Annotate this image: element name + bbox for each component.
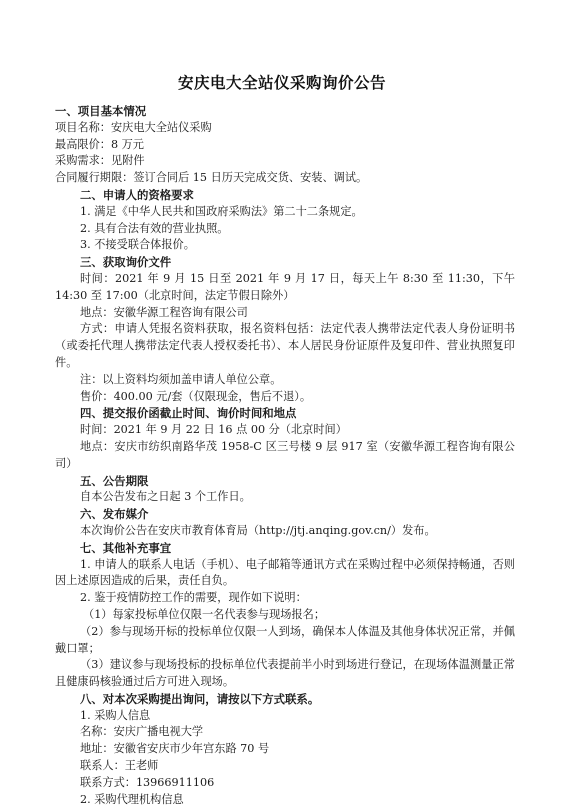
section-5: 五、公告期限 自本公告发布之日起 3 个工作日。: [55, 473, 515, 507]
section-8: 八、对本次采购提出询问，请按以下方式联系。 1. 采购人信息 名称：安庆广播电视…: [55, 691, 515, 809]
section-heading: 八、对本次采购提出询问，请按以下方式联系。: [55, 691, 515, 708]
list-item: （3）建议参与现场投标的投标单位代表提前半小时到场进行登记，在现场体温测量正常且…: [55, 657, 515, 691]
section-heading: 五、公告期限: [55, 473, 515, 490]
project-name: 项目名称：安庆电大全站仪采购: [55, 120, 515, 137]
purchaser-name: 名称：安庆广播电视大学: [55, 724, 515, 741]
list-item: （2）参与现场开标的投标单位仅限一人到场，确保本人体温及其他身体状况正常，并佩戴…: [55, 624, 515, 658]
contact-phone: 联系方式：13966911106: [55, 775, 515, 792]
list-item: 1. 满足《中华人民共和国政府采购法》第二十二条规定。: [55, 204, 515, 221]
section-3: 三、获取询价文件 时间：2021 年 9 月 15 日至 2021 年 9 月 …: [55, 254, 515, 405]
section-heading: 七、其他补充事宜: [55, 540, 515, 557]
contact-person: 联系人：王老师: [55, 758, 515, 775]
acquisition-method: 方式：申请人凭报名资料获取，报名资料包括：法定代表人携带法定代表人身份证明书（或…: [55, 321, 515, 371]
list-item: 1. 申请人的联系人电话（手机）、电子邮箱等通讯方式在采购过程中必须保持畅通，否…: [55, 557, 515, 591]
notice-period: 自本公告发布之日起 3 个工作日。: [55, 489, 515, 506]
section-1: 一、项目基本情况 项目名称：安庆电大全站仪采购 最高限价：8 万元 采购需求：见…: [55, 103, 515, 187]
document-page: 安庆电大全站仪采购询价公告 一、项目基本情况 项目名称：安庆电大全站仪采购 最高…: [0, 0, 564, 812]
agency-info-heading: 2. 采购代理机构信息: [55, 792, 515, 809]
deadline-location: 地点：安庆市纺织南路华茂 1958-C 区三号楼 9 层 917 室（安徽华源工…: [55, 439, 515, 473]
deadline-time: 时间：2021 年 9 月 22 日 16 点 00 分（北京时间）: [55, 422, 515, 439]
section-heading: 四、提交报价函截止时间、询价时间和地点: [55, 405, 515, 422]
purchaser-address: 地址：安徽省安庆市少年宫东路 70 号: [55, 741, 515, 758]
contract-period: 合同履行期限：签订合同后 15 日历天完成交货、安装、调试。: [55, 170, 515, 187]
list-item: 2. 鉴于疫情防控工作的需要，现作如下说明：: [55, 590, 515, 607]
section-heading: 六、发布媒介: [55, 506, 515, 523]
note: 注：以上资料均须加盖申请人单位公章。: [55, 372, 515, 389]
section-6: 六、发布媒介 本次询价公告在安庆市教育体育局（http://jtj.anqing…: [55, 506, 515, 540]
list-item: 2. 具有合法有效的营业执照。: [55, 221, 515, 238]
section-7: 七、其他补充事宜 1. 申请人的联系人电话（手机）、电子邮箱等通讯方式在采购过程…: [55, 540, 515, 691]
section-2: 二、申请人的资格要求 1. 满足《中华人民共和国政府采购法》第二十二条规定。 2…: [55, 187, 515, 254]
section-heading: 一、项目基本情况: [55, 103, 515, 120]
section-heading: 二、申请人的资格要求: [55, 187, 515, 204]
list-item: （1）每家投标单位仅限一名代表参与现场报名；: [55, 607, 515, 624]
price: 售价：400.00 元/套（仅限现金，售后不退）。: [55, 389, 515, 406]
document-title: 安庆电大全站仪采购询价公告: [0, 71, 564, 93]
list-item: 3. 不接受联合体报价。: [55, 237, 515, 254]
purchaser-info-heading: 1. 采购人信息: [55, 708, 515, 725]
acquisition-time: 时间：2021 年 9 月 15 日至 2021 年 9 月 17 日，每天上午…: [55, 271, 515, 305]
procurement-requirement: 采购需求：见附件: [55, 153, 515, 170]
section-4: 四、提交报价函截止时间、询价时间和地点 时间：2021 年 9 月 22 日 1…: [55, 405, 515, 472]
section-heading: 三、获取询价文件: [55, 254, 515, 271]
max-price: 最高限价：8 万元: [55, 137, 515, 154]
acquisition-location: 地点：安徽华源工程咨询有限公司: [55, 305, 515, 322]
publication-media: 本次询价公告在安庆市教育体育局（http://jtj.anqing.gov.cn…: [55, 523, 515, 540]
document-body: 一、项目基本情况 项目名称：安庆电大全站仪采购 最高限价：8 万元 采购需求：见…: [55, 103, 515, 808]
